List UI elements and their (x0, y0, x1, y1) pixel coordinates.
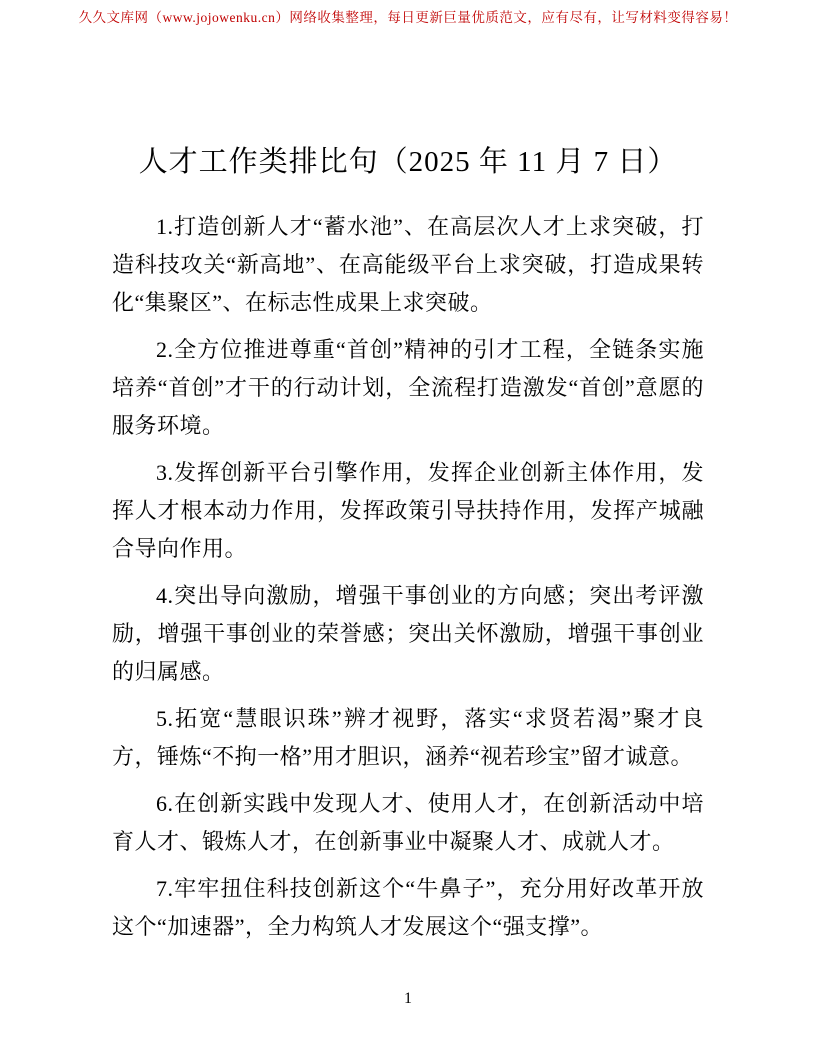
paragraph: 6.在创新实践中发现人才、使用人才，在创新活动中培育人才、锻炼人才，在创新事业中… (112, 785, 704, 861)
page-number: 1 (0, 990, 816, 1008)
paragraph-list: 1.打造创新人才“蓄水池”、在高层次人才上求突破，打造科技攻关“新高地”、在高能… (112, 208, 704, 946)
paragraph: 7.牢牢扭住科技创新这个“牛鼻子”，充分用好改革开放这个“加速器”，全力构筑人才… (112, 870, 704, 946)
document-page: 久久文库网（www.jojowenku.cn）网络收集整理，每日更新巨量优质范文… (0, 0, 816, 1056)
paragraph: 1.打造创新人才“蓄水池”、在高层次人才上求突破，打造科技攻关“新高地”、在高能… (112, 208, 704, 322)
paragraph: 2.全方位推进尊重“首创”精神的引才工程，全链条实施培养“首创”才干的行动计划，… (112, 331, 704, 445)
paragraph: 4.突出导向激励，增强干事创业的方向感；突出考评激励，增强干事创业的荣誉感；突出… (112, 577, 704, 691)
paragraph: 5.拓宽“慧眼识珠”辨才视野，落实“求贤若渴”聚才良方，锤炼“不拘一格”用才胆识… (112, 700, 704, 776)
paragraph: 3.发挥创新平台引擎作用，发挥企业创新主体作用，发挥人才根本动力作用，发挥政策引… (112, 454, 704, 568)
document-body: 人才工作类排比句（2025 年 11 月 7 日） 1.打造创新人才“蓄水池”、… (112, 140, 704, 955)
document-title: 人才工作类排比句（2025 年 11 月 7 日） (112, 140, 704, 184)
site-header-notice: 久久文库网（www.jojowenku.cn）网络收集整理，每日更新巨量优质范文… (0, 6, 816, 26)
